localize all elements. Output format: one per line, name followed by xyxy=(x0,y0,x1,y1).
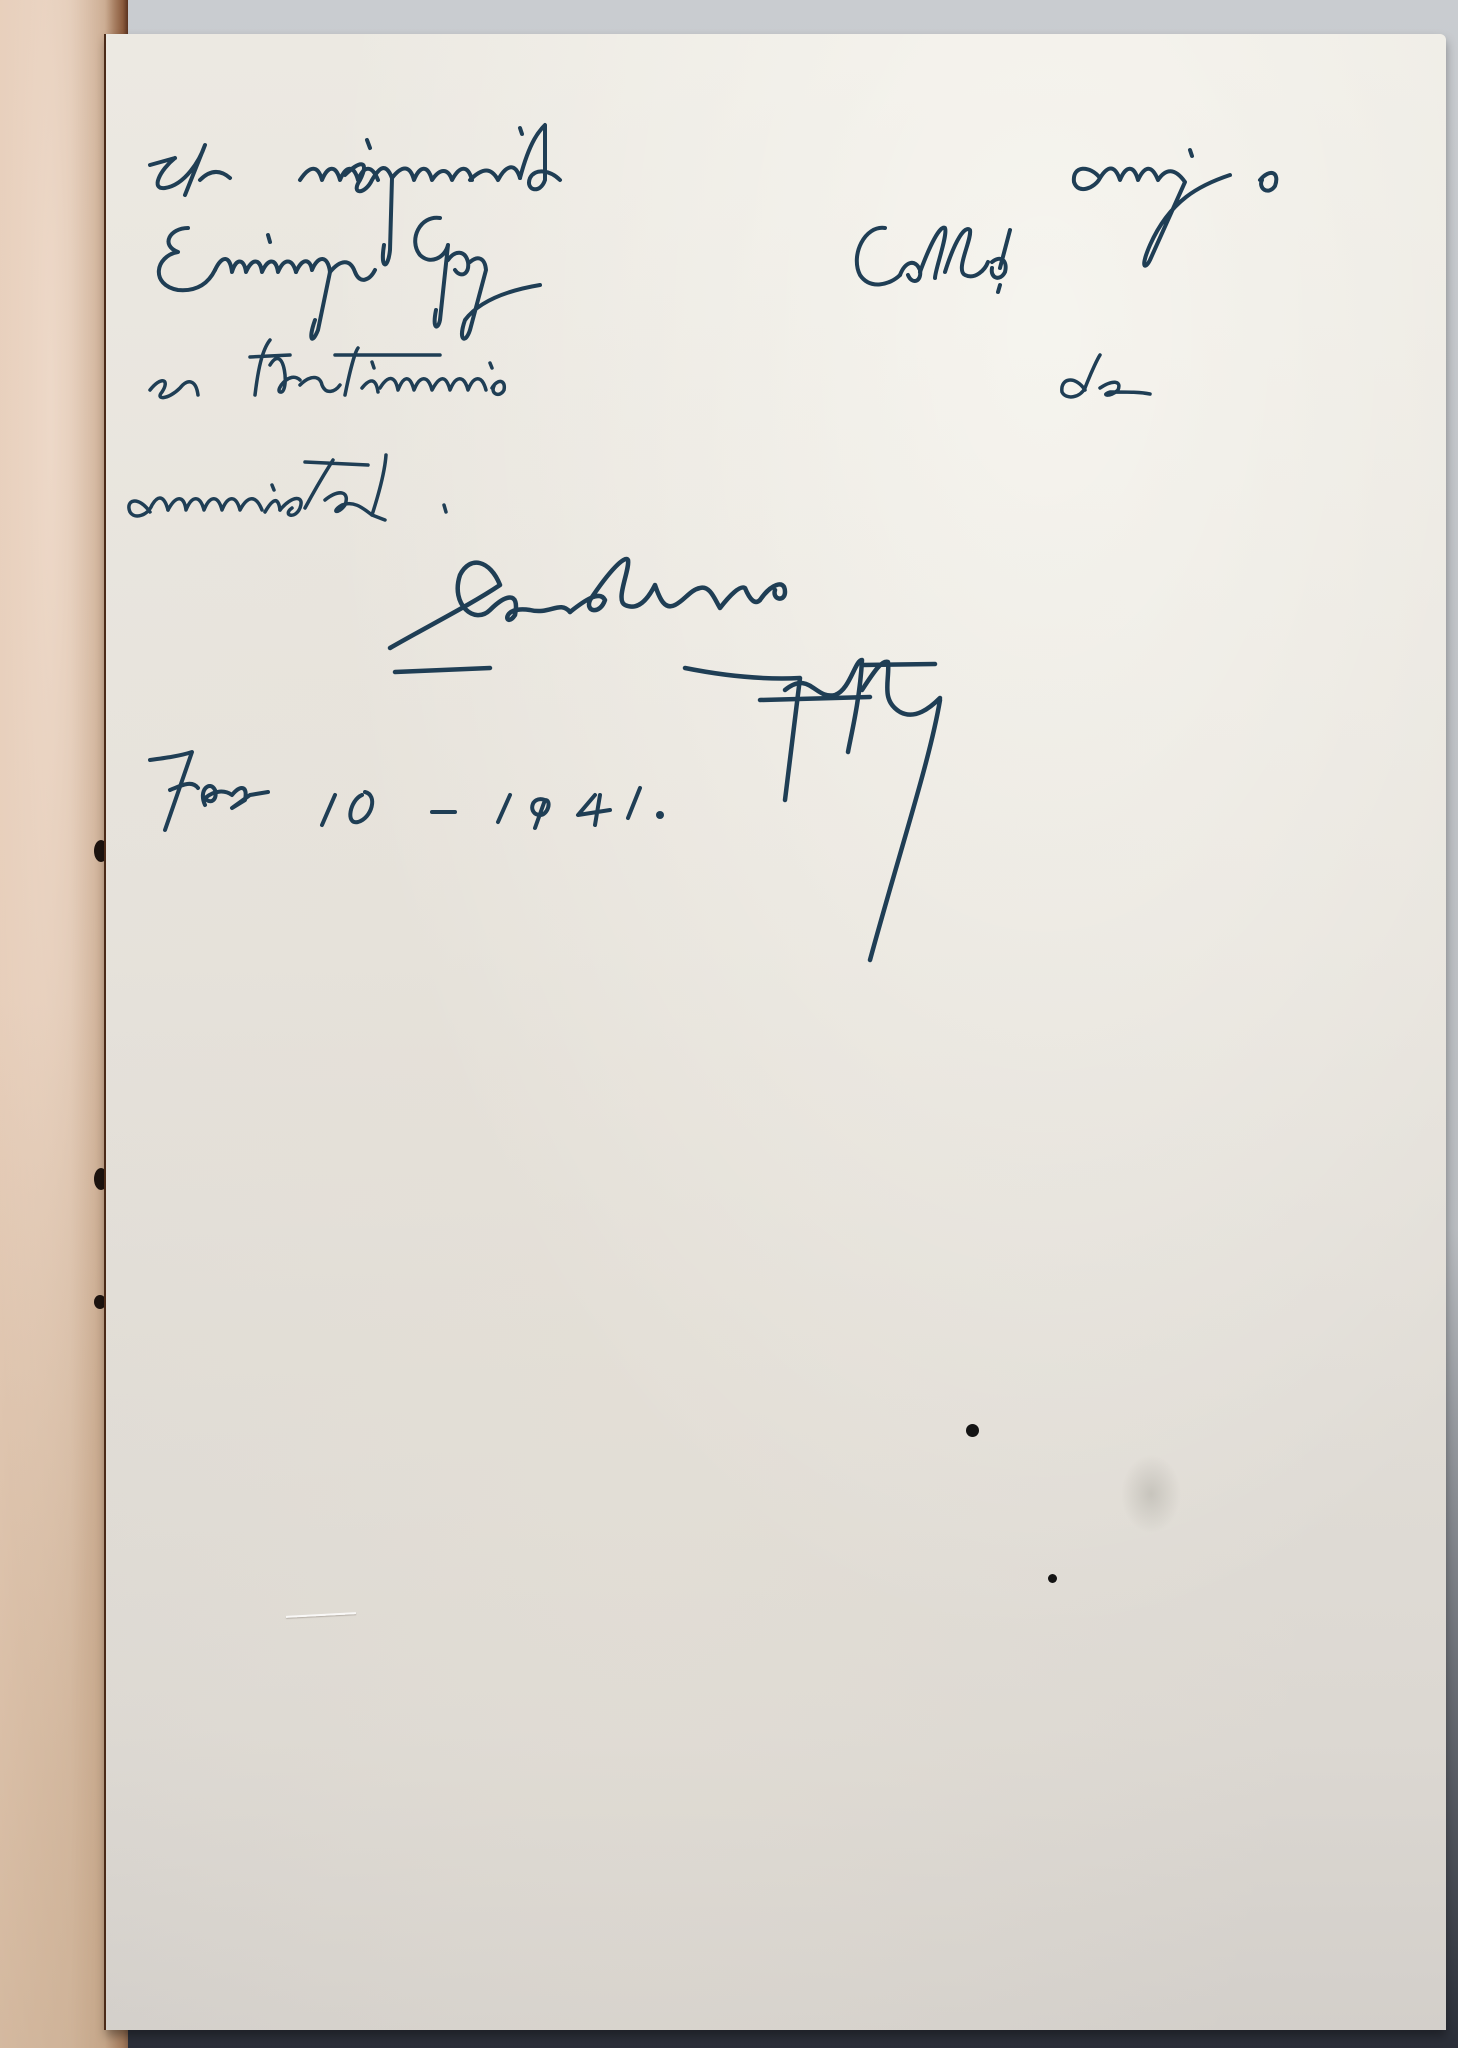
handwriting-line-1 xyxy=(150,125,1276,266)
handwriting-line-2 xyxy=(159,218,1010,339)
handwriting-ink xyxy=(0,0,1458,2048)
handwriting-line-4 xyxy=(129,455,446,520)
date-strokes xyxy=(150,752,664,830)
signature-strokes xyxy=(390,559,940,960)
handwriting-line-3 xyxy=(150,340,1150,398)
